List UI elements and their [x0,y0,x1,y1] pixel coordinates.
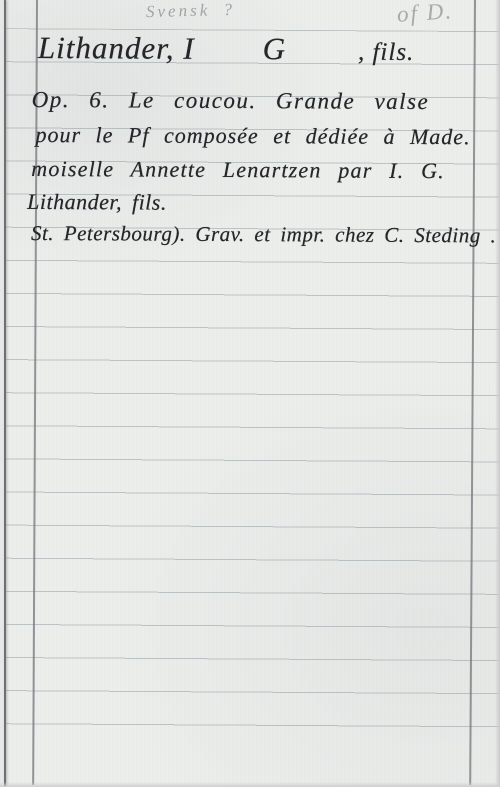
right-margin-line [469,0,475,785]
left-paper-strip [0,0,4,787]
entry-line-author: Lithander, fils. [27,189,167,216]
heading-suffix: , fils. [358,39,414,66]
pencil-annotation-language: Svensk ? [146,0,236,22]
entry-line-title: Op. 6. Le coucou. Grande valse [32,87,430,115]
entry-line-dedication-1: pour le Pf composée et dédiée à Made. [35,122,470,150]
pencil-annotation-shelfmark: of D. [396,0,454,28]
heading-line: Lithander, IG, fils. [38,30,415,68]
manuscript-page: Svensk ? of D. Lithander, IG, fils. Op. … [0,0,500,787]
paper-texture [0,0,500,787]
left-margin-line [32,0,37,785]
right-scan-shadow [495,0,500,787]
entry-line-dedication-2: moiselle Annette Lenartzen par I. G. [31,156,445,184]
left-binding-edge [4,0,6,787]
heading-initial: G [263,31,287,66]
bottom-scan-shadow [0,782,500,787]
heading-name: Lithander, I [38,30,195,66]
entry-line-imprint: St. Petersbourg). Grav. et impr. chez C.… [31,221,496,248]
